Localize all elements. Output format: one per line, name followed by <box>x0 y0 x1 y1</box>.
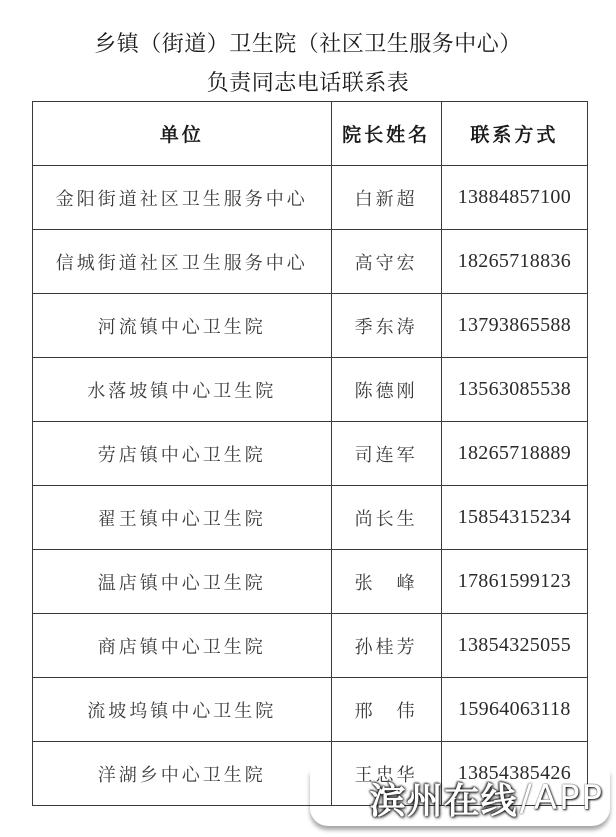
phone-cell: 15854315234 <box>441 486 587 550</box>
phone-cell: 13793865588 <box>441 294 587 358</box>
watermark-separator: / <box>520 778 532 819</box>
unit-cell: 温店镇中心卫生院 <box>33 550 332 614</box>
phone-cell: 17861599123 <box>441 550 587 614</box>
director-cell: 陈德刚 <box>331 358 441 422</box>
header-director-name: 院长姓名 <box>331 102 441 166</box>
unit-cell: 商店镇中心卫生院 <box>33 614 332 678</box>
director-cell: 张 峰 <box>331 550 441 614</box>
director-cell: 邢 伟 <box>331 678 441 742</box>
unit-cell: 水落坡镇中心卫生院 <box>33 358 332 422</box>
table-row: 金阳街道社区卫生服务中心 白新超 13884857100 <box>33 166 588 230</box>
table-row: 商店镇中心卫生院 孙桂芳 13854325055 <box>33 614 588 678</box>
phone-cell: 13854325055 <box>441 614 587 678</box>
phone-cell: 13563085538 <box>441 358 587 422</box>
document-title-line-2: 负责同志电话联系表 <box>0 66 616 97</box>
director-cell: 司连军 <box>331 422 441 486</box>
table-row: 劳店镇中心卫生院 司连军 18265718889 <box>33 422 588 486</box>
contact-table: 单位 院长姓名 联系方式 金阳街道社区卫生服务中心 白新超 1388485710… <box>32 101 588 806</box>
phone-cell: 15964063118 <box>441 678 587 742</box>
document-title-line-1: 乡镇（街道）卫生院（社区卫生服务中心） <box>0 27 616 58</box>
table-row: 信城街道社区卫生服务中心 高守宏 18265718836 <box>33 230 588 294</box>
unit-cell: 洋湖乡中心卫生院 <box>33 742 332 806</box>
unit-cell: 信城街道社区卫生服务中心 <box>33 230 332 294</box>
director-cell: 白新超 <box>331 166 441 230</box>
watermark-suffix: APP <box>534 778 604 818</box>
phone-cell: 18265718836 <box>441 230 587 294</box>
director-cell: 高守宏 <box>331 230 441 294</box>
phone-cell: 18265718889 <box>441 422 587 486</box>
unit-cell: 流坡坞镇中心卫生院 <box>33 678 332 742</box>
director-cell: 尚长生 <box>331 486 441 550</box>
table-row: 河流镇中心卫生院 季东涛 13793865588 <box>33 294 588 358</box>
director-cell: 孙桂芳 <box>331 614 441 678</box>
unit-cell: 河流镇中心卫生院 <box>33 294 332 358</box>
table-row: 水落坡镇中心卫生院 陈德刚 13563085538 <box>33 358 588 422</box>
table-row: 翟王镇中心卫生院 尚长生 15854315234 <box>33 486 588 550</box>
table-row: 流坡坞镇中心卫生院 邢 伟 15964063118 <box>33 678 588 742</box>
director-cell: 季东涛 <box>331 294 441 358</box>
table-header-row: 单位 院长姓名 联系方式 <box>33 102 588 166</box>
header-contact: 联系方式 <box>441 102 587 166</box>
unit-cell: 翟王镇中心卫生院 <box>33 486 332 550</box>
unit-cell: 金阳街道社区卫生服务中心 <box>33 166 332 230</box>
app-watermark: 滨州在线 / APP <box>310 770 610 826</box>
table-row: 温店镇中心卫生院 张 峰 17861599123 <box>33 550 588 614</box>
header-unit: 单位 <box>33 102 332 166</box>
watermark-brand: 滨州在线 <box>370 773 518 824</box>
unit-cell: 劳店镇中心卫生院 <box>33 422 332 486</box>
phone-cell: 13884857100 <box>441 166 587 230</box>
